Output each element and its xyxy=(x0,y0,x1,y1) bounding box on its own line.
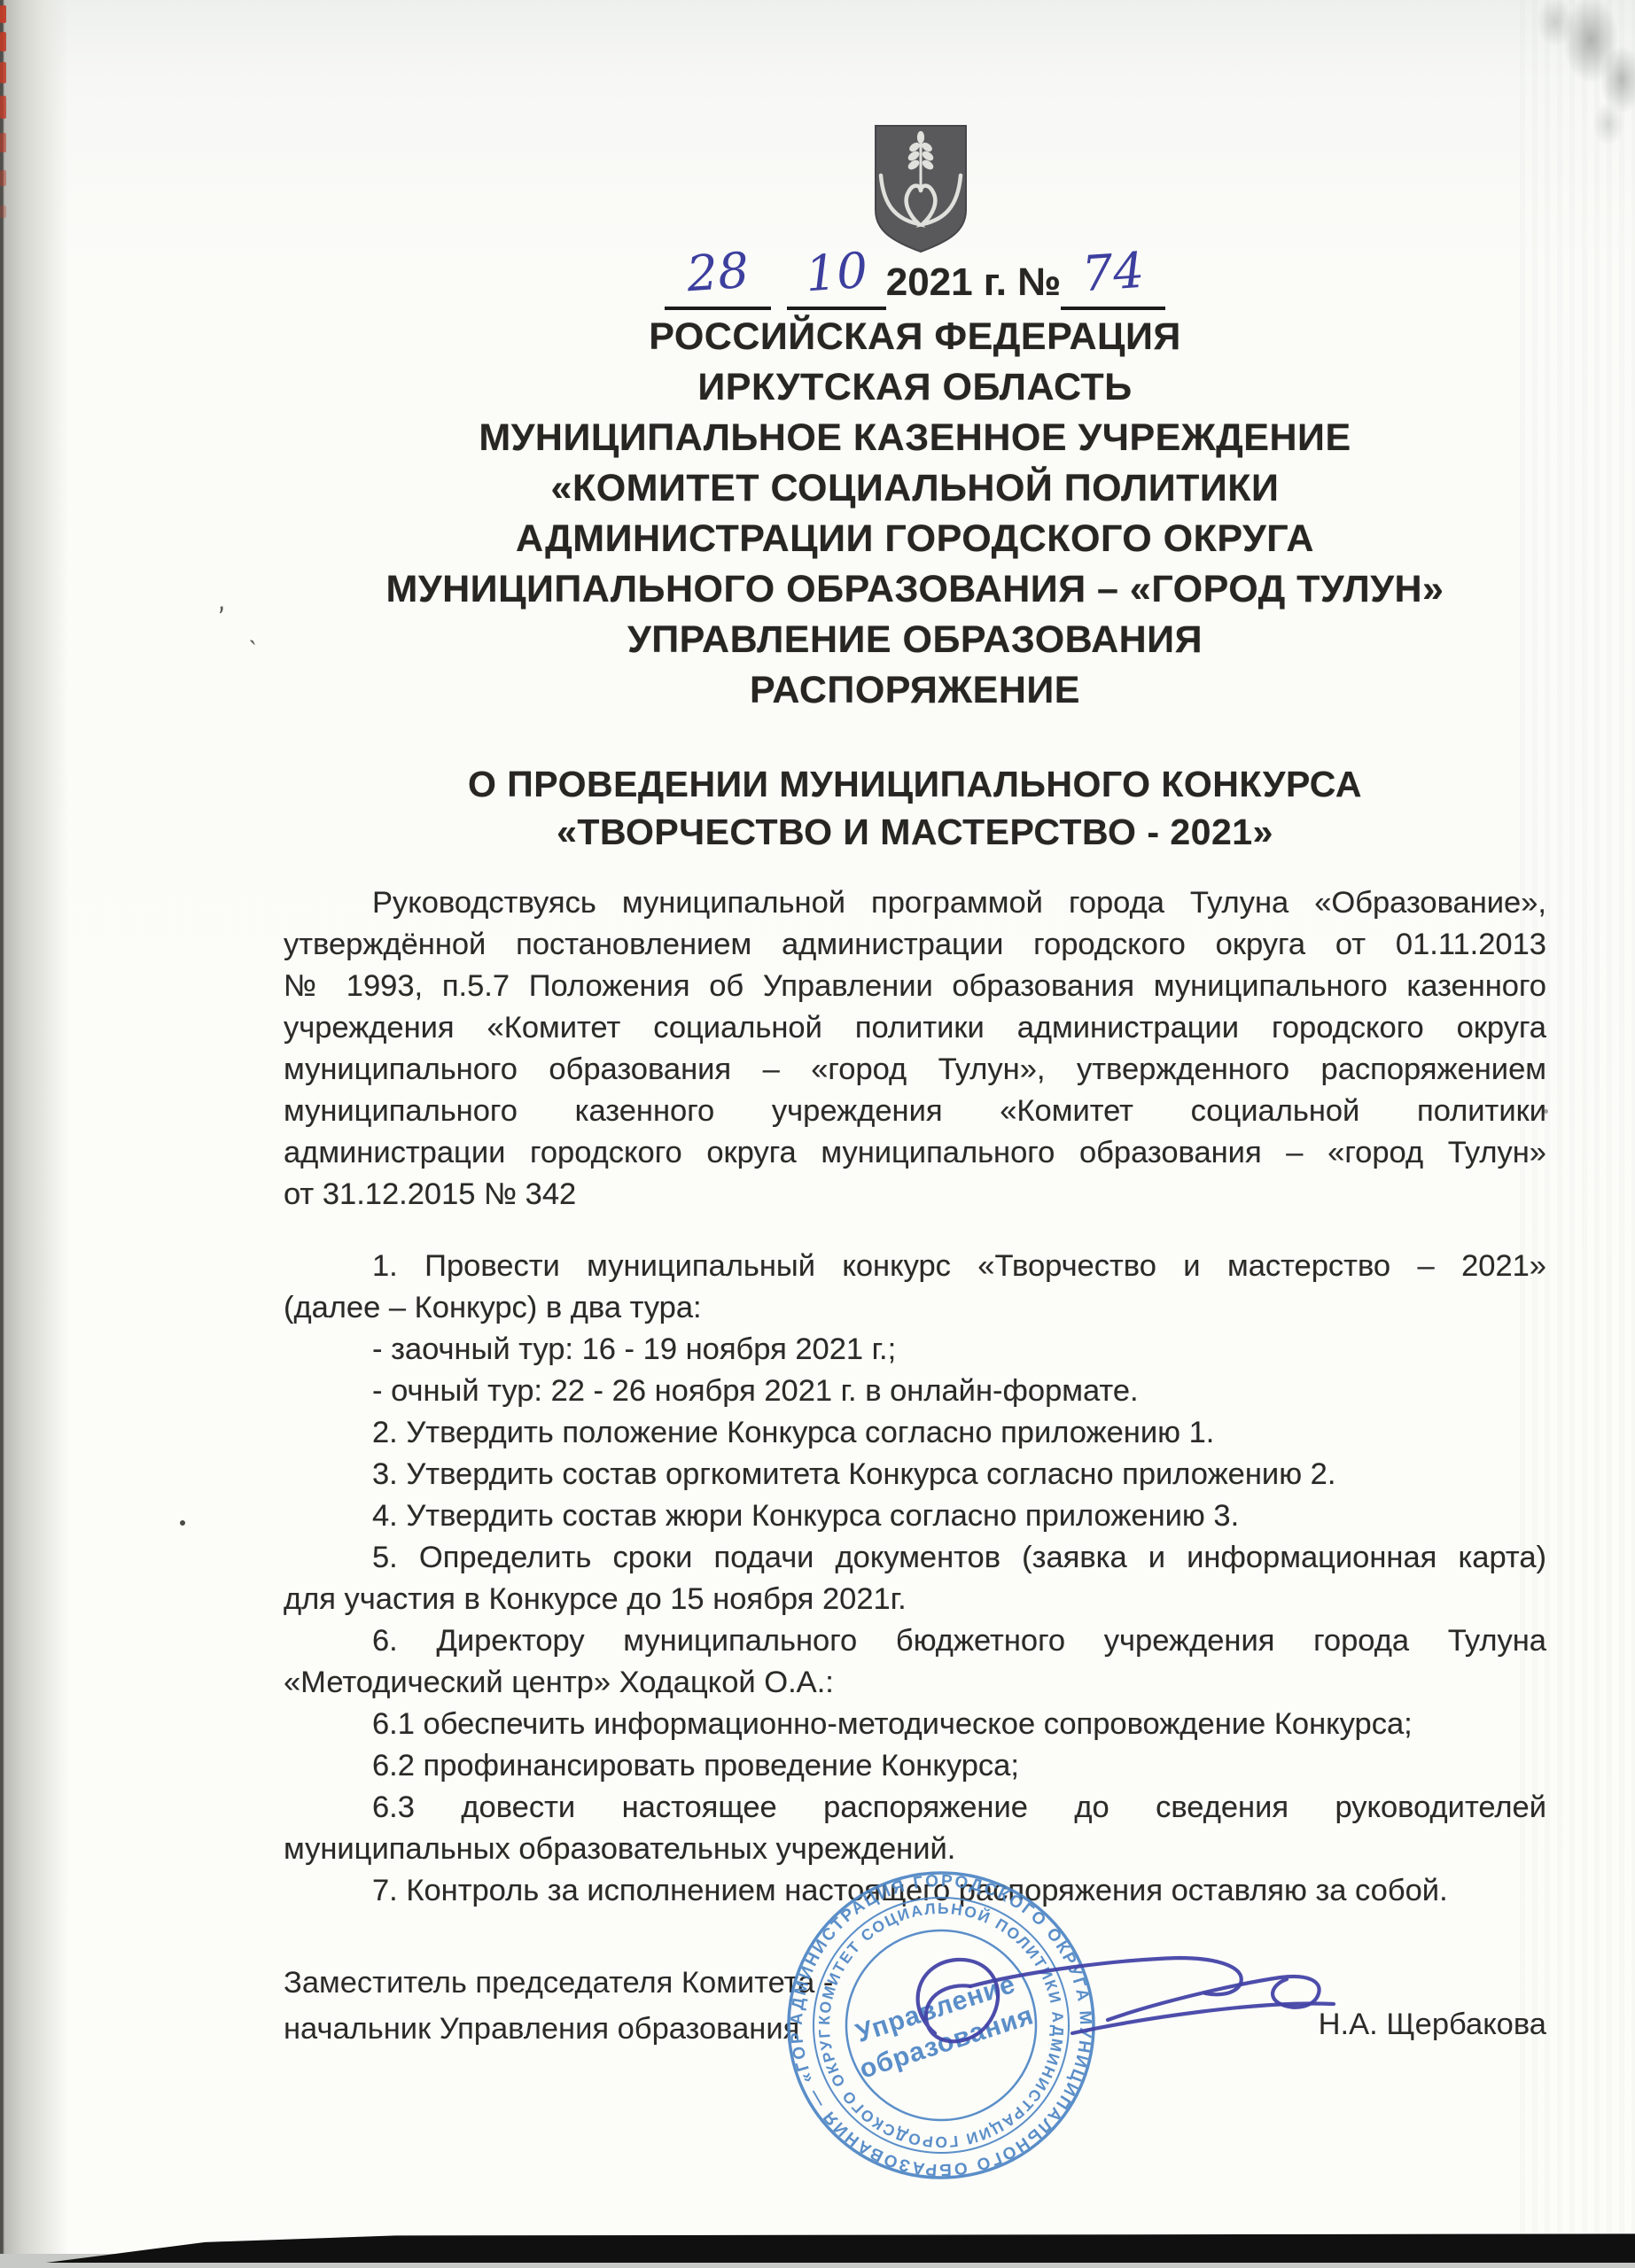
scanned-document-page: { "colors": { "paper": "#fbfbf8", "text"… xyxy=(0,0,1635,2268)
date-month-slot: 10 xyxy=(787,252,886,310)
red-edge-mark xyxy=(0,62,6,83)
handwritten-month: 10 xyxy=(804,250,868,295)
order-item-line: 6.1 обеспечить информационно-методическо… xyxy=(284,1704,1546,1745)
order-item-line: 5. Определить сроки подачи документов (з… xyxy=(284,1537,1546,1579)
preamble-line: Руководствуясь муниципальной программой … xyxy=(284,882,1546,924)
preamble-line: муниципального казенного учреждения «Ком… xyxy=(284,1091,1546,1132)
letterhead-line: АДМИНИСТРАЦИИ ГОРОДСКОГО ОКРУГА xyxy=(284,514,1546,564)
order-items: 1. Провести муниципальный конкурс «Творч… xyxy=(284,1246,1546,1912)
order-item-line: «Методический центр» Ходацкой О.А.: xyxy=(284,1662,1546,1704)
stray-pen-mark: ˏ xyxy=(248,614,261,646)
order-item-line: муниципальных образовательных учреждений… xyxy=(284,1829,1546,1870)
red-edge-mark xyxy=(0,206,6,218)
red-edge-mark xyxy=(0,96,6,119)
order-item-line: 3. Утвердить состав оргкомитета Конкурса… xyxy=(284,1454,1546,1495)
coat-of-arms xyxy=(871,124,970,258)
preamble-line: муниципального образования – «город Тулу… xyxy=(284,1049,1546,1091)
preamble-line: учреждения «Комитет социальной политики … xyxy=(284,1007,1546,1049)
scan-bottom-bar xyxy=(46,2233,1635,2263)
doc-number-slot: 74 xyxy=(1061,252,1165,310)
order-item-line: 6. Директору муниципального бюджетного у… xyxy=(284,1620,1546,1662)
letterhead-line: УПРАВЛЕНИЕ ОБРАЗОВАНИЯ xyxy=(284,615,1546,665)
preamble-line: утверждённой постановлением администраци… xyxy=(284,924,1546,966)
letterhead-line: ИРКУТСКАЯ ОБЛАСТЬ xyxy=(284,362,1546,413)
coat-of-arms-icon xyxy=(871,124,970,253)
preamble-line: от 31.12.2015 № 342 xyxy=(284,1174,1546,1216)
date-day-slot: 28 xyxy=(665,252,771,310)
date-year-label: 2021 г. № xyxy=(886,255,1062,310)
date-number-line: 28 10 2021 г. № 74 xyxy=(284,252,1546,310)
preamble-line: № 1993, п.5.7 Положения об Управлении об… xyxy=(284,966,1546,1007)
letterhead-line: «КОМИТЕТ СОЦИАЛЬНОЙ ПОЛИТИКИ xyxy=(284,463,1546,514)
scan-left-edge-shadow xyxy=(0,0,69,2268)
red-edge-mark xyxy=(0,5,6,23)
scan-top-right-smudge xyxy=(1440,0,1635,151)
stray-pen-mark: ʼ xyxy=(214,602,230,633)
order-item-line: - очный тур: 22 - 26 ноября 2021 г. в он… xyxy=(284,1371,1546,1412)
signature-ink-icon xyxy=(886,1922,1347,2091)
letterhead-line: МУНИЦИПАЛЬНОГО ОБРАЗОВАНИЯ – «ГОРОД ТУЛУ… xyxy=(284,564,1546,615)
title-line: О ПРОВЕДЕНИИ МУНИЦИПАЛЬНОГО КОНКУРСА xyxy=(284,760,1546,808)
order-item-line: для участия в Конкурсе до 15 ноября 2021… xyxy=(284,1579,1546,1620)
letterhead-line: МУНИЦИПАЛЬНОЕ КАЗЕННОЕ УЧРЕЖДЕНИЕ xyxy=(284,413,1546,463)
title-line: «ТВОРЧЕСТВО И МАСТЕРСТВО - 2021» xyxy=(284,808,1546,856)
letterhead: РОССИЙСКАЯ ФЕДЕРАЦИЯ ИРКУТСКАЯ ОБЛАСТЬ М… xyxy=(284,312,1546,716)
handwritten-number: 74 xyxy=(1081,250,1146,295)
order-item-line: 4. Утвердить состав жюри Конкурса соглас… xyxy=(284,1495,1546,1537)
handwritten-signature xyxy=(886,1922,1347,2095)
order-item-line: 6.3 довести настоящее распоряжение до св… xyxy=(284,1787,1546,1829)
handwritten-day: 28 xyxy=(685,250,750,295)
document-title: О ПРОВЕДЕНИИ МУНИЦИПАЛЬНОГО КОНКУРСА «ТВ… xyxy=(284,760,1546,856)
preamble-line: администрации городского округа муниципа… xyxy=(284,1132,1546,1174)
order-item-line: - заочный тур: 16 - 19 ноября 2021 г.; xyxy=(284,1329,1546,1371)
document-type-heading: РАСПОРЯЖЕНИЕ xyxy=(284,665,1546,716)
order-item-line: (далее – Конкурс) в два тура: xyxy=(284,1287,1546,1329)
red-edge-mark xyxy=(0,133,6,152)
red-edge-mark xyxy=(0,32,6,51)
red-edge-mark xyxy=(0,170,6,186)
letterhead-line: РОССИЙСКАЯ ФЕДЕРАЦИЯ xyxy=(284,312,1546,362)
order-item-line: 1. Провести муниципальный конкурс «Творч… xyxy=(284,1246,1546,1287)
order-item-line: 6.2 профинансировать проведение Конкурса… xyxy=(284,1745,1546,1787)
scan-speck xyxy=(180,1520,185,1526)
preamble-paragraph: Руководствуясь муниципальной программой … xyxy=(284,882,1546,1216)
order-item-line: 2. Утвердить положение Конкурса согласно… xyxy=(284,1412,1546,1454)
